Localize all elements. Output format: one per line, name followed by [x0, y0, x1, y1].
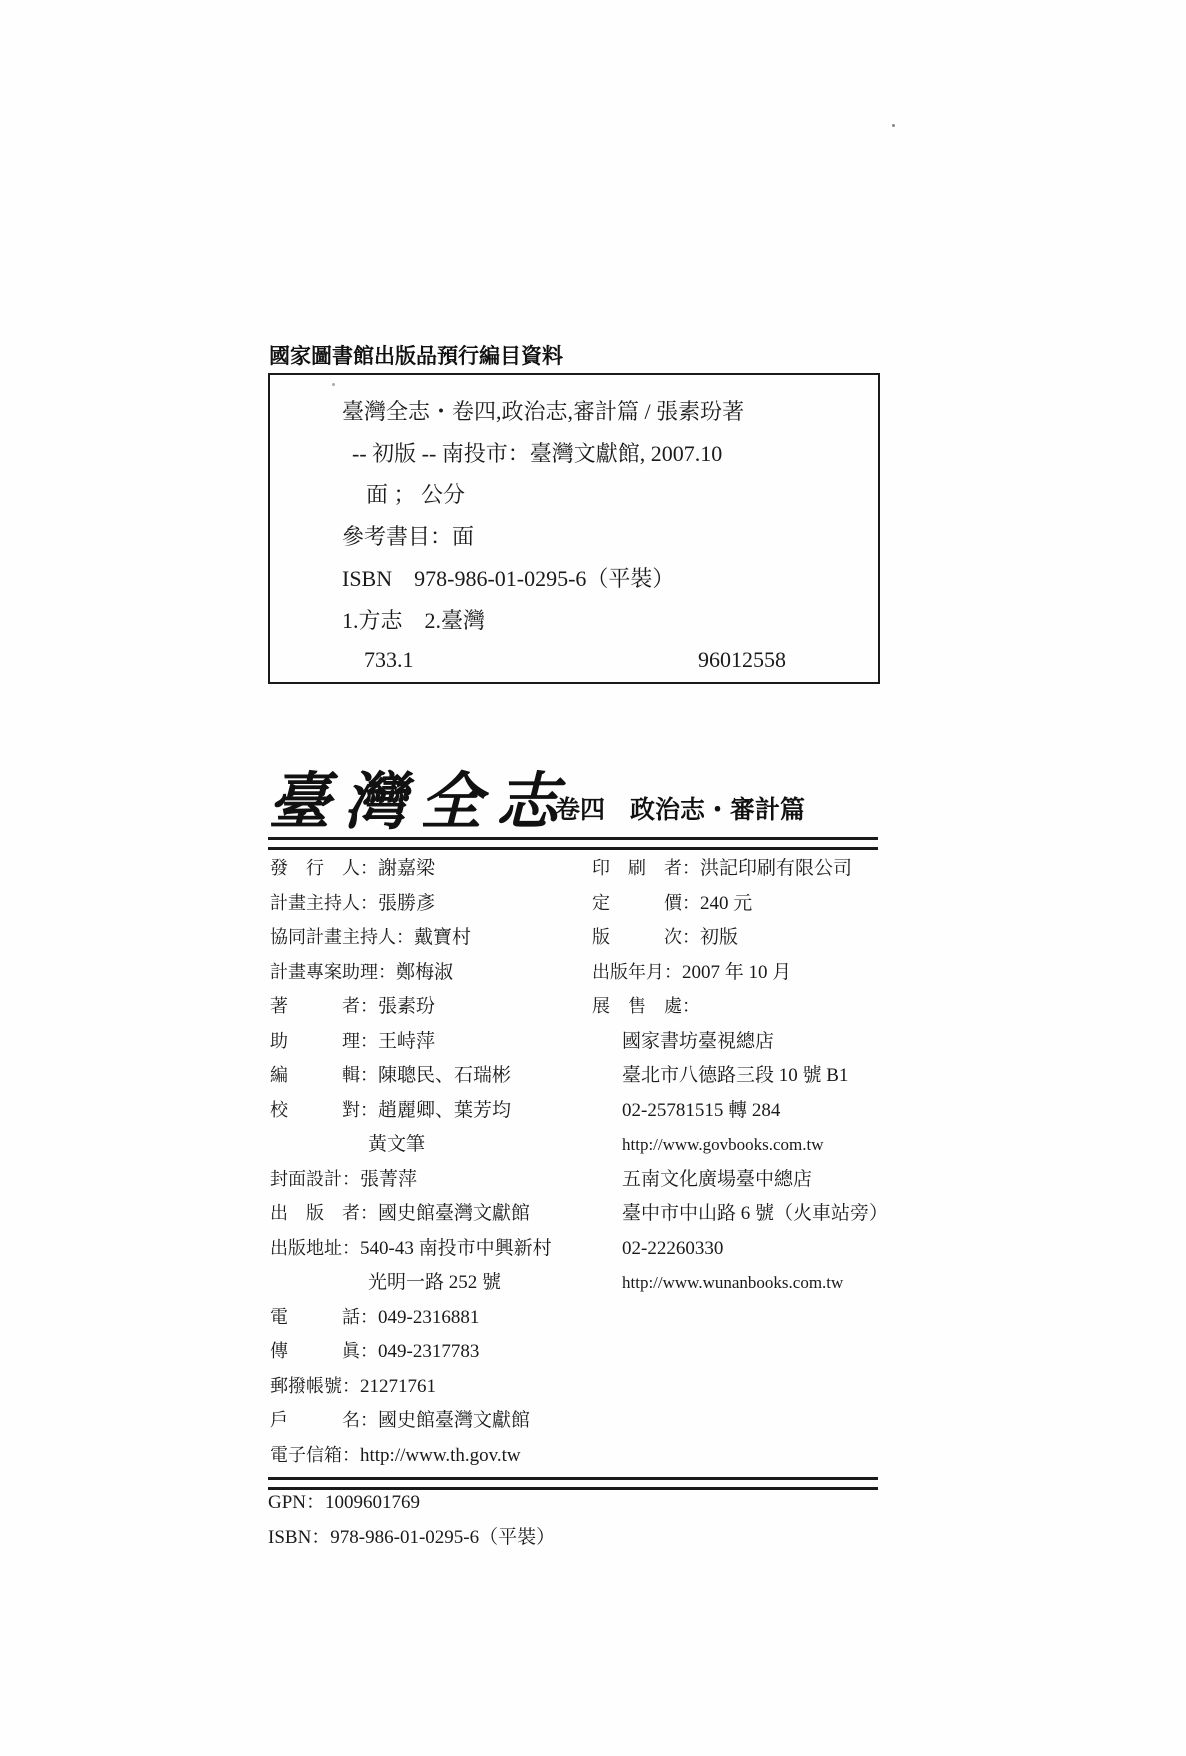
row-label: 展 售 處：: [592, 990, 700, 1025]
row-value: 陳聰民、石瑞彬: [378, 1059, 511, 1094]
row-label: 印 刷 者：: [592, 852, 700, 887]
row-value: 謝嘉梁: [378, 852, 435, 887]
row-value: 02-22260330: [592, 1232, 723, 1267]
row-value: http://www.th.gov.tw: [360, 1439, 521, 1474]
cip-title-line: 臺灣全志・卷四,政治志,審計篇 / 張素玢著: [342, 395, 744, 426]
row-value: 2007 年 10 月: [682, 956, 791, 991]
row-value: 540-43 南投市中興新村: [360, 1232, 552, 1267]
colophon-row-sales-outlets: 展 售 處：: [592, 990, 888, 1025]
cip-record-box: 臺灣全志・卷四,政治志,審計篇 / 張素玢著 -- 初版 -- 南投市：臺灣文獻…: [268, 373, 880, 684]
row-value: 臺中市中山路 6 號（火車站旁）: [592, 1197, 888, 1232]
colophon-row-postal-account: 郵撥帳號：21271761: [270, 1370, 552, 1405]
colophon-row-address: 出版地址：540-43 南投市中興新村: [270, 1232, 552, 1267]
row-value: 21271761: [360, 1370, 436, 1405]
isbn-number: ISBN：978-986-01-0295-6（平裝）: [268, 1522, 555, 1549]
colophon-row-account-name: 戶 名：國史館臺灣文獻館: [270, 1404, 552, 1439]
colophon-row-cover-design: 封面設計：張菁萍: [270, 1163, 552, 1198]
row-value: 王峙萍: [378, 1025, 435, 1060]
row-value: 張素玢: [378, 990, 435, 1025]
colophon-left-column: 發 行 人：謝嘉梁 計畫主持人：張勝彥 協同計畫主持人：戴寶村 計畫專案助理：鄭…: [270, 852, 552, 1473]
row-value: 初版: [700, 921, 738, 956]
row-value: 049-2316881: [378, 1301, 479, 1336]
series-title-calligraphy: 臺灣全志: [268, 752, 572, 841]
row-label: 戶 名：: [270, 1404, 378, 1439]
outlet-2-url: http://www.wunanbooks.com.tw: [592, 1266, 888, 1301]
row-label: 編 輯：: [270, 1059, 378, 1094]
row-value: 02-25781515 轉 284: [592, 1094, 780, 1129]
row-label: 發 行 人：: [270, 852, 378, 887]
row-label: 封面設計：: [270, 1163, 360, 1198]
row-label: 定 價：: [592, 887, 700, 922]
colophon-row-fax: 傳 眞：049-2317783: [270, 1335, 552, 1370]
colophon-row-phone: 電 話：049-2316881: [270, 1301, 552, 1336]
row-value: 張菁萍: [360, 1163, 417, 1198]
cip-heading: 國家圖書館出版品預行編目資料: [269, 340, 563, 370]
row-value: 黃文筆: [270, 1128, 425, 1163]
row-label: 電子信箱：: [270, 1439, 360, 1474]
row-value: 趙麗卿、葉芳均: [378, 1094, 511, 1129]
row-value: 國史館臺灣文獻館: [378, 1404, 530, 1439]
double-rule-divider: [268, 837, 878, 850]
row-value: 洪記印刷有限公司: [700, 852, 852, 887]
colophon-right-column: 印 刷 者：洪記印刷有限公司 定 價：240 元 版 次：初版 出版年月：200…: [592, 852, 888, 1301]
row-value: 光明一路 252 號: [270, 1266, 501, 1301]
gpn-number: GPN：1009601769: [268, 1487, 420, 1514]
row-label: 出版年月：: [592, 956, 682, 991]
colophon-row-project-leader: 計畫主持人：張勝彥: [270, 887, 552, 922]
colophon-row-price: 定 價：240 元: [592, 887, 888, 922]
row-label: 協同計畫主持人：: [270, 921, 414, 956]
row-value: 臺北市八德路三段 10 號 B1: [592, 1059, 848, 1094]
row-value: 240 元: [700, 887, 752, 922]
row-value: http://www.wunanbooks.com.tw: [592, 1266, 843, 1301]
colophon-row-project-assistant: 計畫專案助理：鄭梅淑: [270, 956, 552, 991]
series-subtitle: 卷四 政治志・審計篇: [555, 790, 805, 826]
colophon-row-co-leader: 協同計畫主持人：戴寶村: [270, 921, 552, 956]
row-label: 電 話：: [270, 1301, 378, 1336]
row-label: 校 對：: [270, 1094, 378, 1129]
row-value: 五南文化廣場臺中總店: [592, 1163, 812, 1198]
colophon-row-proofreader: 校 對：趙麗卿、葉芳均: [270, 1094, 552, 1129]
colophon-row-editor: 編 輯：陳聰民、石瑞彬: [270, 1059, 552, 1094]
row-value: 049-2317783: [378, 1335, 479, 1370]
cip-isbn-line: ISBN 978-986-01-0295-6（平裝）: [342, 562, 674, 593]
row-label: 助 理：: [270, 1025, 378, 1060]
outlet-1-url: http://www.govbooks.com.tw: [592, 1128, 888, 1163]
colophon-row-website: 電子信箱：http://www.th.gov.tw: [270, 1439, 552, 1474]
outlet-1-name: 國家書坊臺視總店: [592, 1025, 888, 1060]
outlet-1-phone: 02-25781515 轉 284: [592, 1094, 888, 1129]
cip-classification: 733.1: [364, 647, 414, 673]
row-label: 出 版 者：: [270, 1197, 378, 1232]
colophon-row-printer: 印 刷 者：洪記印刷有限公司: [592, 852, 888, 887]
row-value: 國家書坊臺視總店: [592, 1025, 774, 1060]
outlet-2-name: 五南文化廣場臺中總店: [592, 1163, 888, 1198]
colophon-row-publisher-person: 發 行 人：謝嘉梁: [270, 852, 552, 887]
row-value: http://www.govbooks.com.tw: [592, 1128, 823, 1163]
colophon-row-address-cont: 光明一路 252 號: [270, 1266, 552, 1301]
row-value: 鄭梅淑: [396, 956, 453, 991]
row-label: 計畫主持人：: [270, 887, 378, 922]
row-label: 傳 眞：: [270, 1335, 378, 1370]
colophon-row-publisher: 出 版 者：國史館臺灣文獻館: [270, 1197, 552, 1232]
colophon-row-edition: 版 次：初版: [592, 921, 888, 956]
outlet-2-phone: 02-22260330: [592, 1232, 888, 1267]
colophon-row-assistant: 助 理：王峙萍: [270, 1025, 552, 1060]
row-label: 版 次：: [592, 921, 700, 956]
outlet-1-address: 臺北市八德路三段 10 號 B1: [592, 1059, 888, 1094]
row-label: 出版地址：: [270, 1232, 360, 1267]
row-value: 張勝彥: [378, 887, 435, 922]
colophon-row-author: 著 者：張素玢: [270, 990, 552, 1025]
colophon-row-proofreader-cont: 黃文筆: [270, 1128, 552, 1163]
colophon-page: 國家圖書館出版品預行編目資料 臺灣全志・卷四,政治志,審計篇 / 張素玢著 --…: [0, 0, 1186, 1756]
cip-edition-line: -- 初版 -- 南投市：臺灣文獻館, 2007.10: [352, 437, 722, 468]
cip-subjects-line: 1.方志 2.臺灣: [342, 604, 485, 635]
cip-catalog-number: 96012558: [698, 647, 786, 673]
row-value: 國史館臺灣文獻館: [378, 1197, 530, 1232]
cip-bibliography-line: 參考書目：面: [342, 520, 474, 551]
dust-speck: [892, 124, 895, 127]
cip-pages-line: 面 ； 公分: [366, 478, 465, 509]
row-label: 著 者：: [270, 990, 378, 1025]
colophon-row-pub-date: 出版年月：2007 年 10 月: [592, 956, 888, 991]
outlet-2-address: 臺中市中山路 6 號（火車站旁）: [592, 1197, 888, 1232]
row-label: 計畫專案助理：: [270, 956, 396, 991]
row-value: 戴寶村: [414, 921, 471, 956]
row-label: 郵撥帳號：: [270, 1370, 360, 1405]
